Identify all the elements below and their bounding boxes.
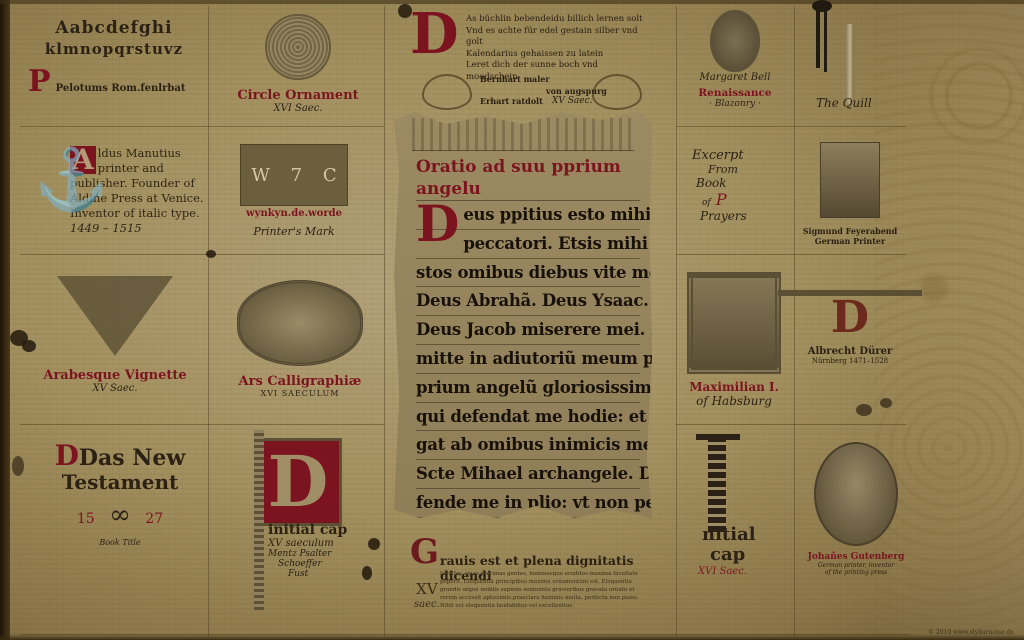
circle-ornament-subtitle: XVI Saec.	[218, 103, 378, 114]
ink-blot	[22, 340, 36, 352]
ornament-8-icon: ∞	[109, 500, 131, 530]
circle-ornament-title: Circle Ornament	[218, 88, 378, 103]
maximilian-line2: of Habsburg	[684, 394, 784, 408]
manuscript-line: Scte Mihael archangele. De	[416, 460, 640, 489]
gridline	[20, 424, 384, 425]
verse-line: As büchlin bebendeidu billich lernen sol…	[466, 14, 650, 26]
credit-century: XV Saec.	[552, 96, 593, 106]
manuscript-line: fende me in plio: vt non perea	[416, 489, 640, 518]
printers-mark-emblem: W 7 C	[240, 144, 348, 206]
alphabet-line-3: P Pelotums Rom.fenlrbat	[28, 68, 200, 96]
excerpt-line: Excerpt	[692, 148, 788, 163]
arabesque-subtitle: XV Saec.	[40, 383, 190, 394]
copyright-notice: © 2010 www.slyburnoise.de	[928, 629, 1014, 636]
red-drop-cap: P	[28, 64, 51, 99]
quill-pen-icon	[846, 24, 854, 104]
mark-letter: 7	[291, 165, 302, 186]
testament-line: Testament	[40, 470, 200, 494]
initial-cap-printer1: Schoeffer	[278, 559, 347, 569]
vignette-ornament-icon	[57, 276, 173, 356]
ink-blot	[856, 404, 872, 416]
year-right: 27	[145, 511, 163, 527]
excerpt-p: P	[716, 190, 727, 209]
gridline	[20, 254, 384, 255]
das-new-line: DDas New	[40, 444, 200, 470]
excerpt-of: of	[702, 198, 711, 208]
maximilian-cell: Maximilian I. of Habsburg	[684, 272, 784, 408]
kalendarius-block: D As büchlin bebendeidu billich lernen s…	[400, 4, 650, 104]
ink-blot	[362, 566, 372, 580]
sigmund-feyerabend-cell: Sigmund Feyerabend German Printer	[800, 142, 900, 246]
aldus-dates: 1449 – 1515	[70, 221, 142, 235]
manuscript-drop-cap: D	[416, 201, 459, 247]
ars-subtitle: XVI SAECULUM	[220, 389, 380, 398]
credit-bernhart: Bernhart maler	[480, 74, 550, 84]
initial-stem	[254, 430, 264, 610]
alphabet-line-2: klmnopqrstuvz	[28, 40, 200, 58]
verse-line: Vnd es achte für edel gestain silber vnd…	[466, 26, 650, 49]
arabesque-vignette-cell: Arabesque Vignette XV Saec.	[40, 276, 190, 394]
gridline	[676, 6, 677, 636]
ink-drip-stem	[816, 8, 820, 68]
gridline	[208, 6, 209, 636]
gravis-century-numeral: XV	[414, 582, 440, 597]
the-quill-cell: The Quill	[796, 0, 886, 126]
excerpt-line: Book	[696, 176, 788, 190]
ornamental-d-capital: D	[254, 438, 342, 526]
das-new-testament-cell: DDas New Testament 15 ∞ 27 Book Title	[40, 444, 200, 547]
ornamental-i-bar	[696, 434, 740, 440]
year-left: 15	[77, 511, 95, 527]
book-title-caption: Book Title	[40, 538, 200, 547]
circle-ornament-cell: Circle Ornament XVI Saec.	[218, 14, 378, 114]
initial-cap-century: XV saeculum	[268, 538, 347, 549]
initial-i-subtitle: XVI Saec.	[698, 566, 747, 577]
credit-erhart: Erhart ratdolt	[480, 96, 543, 106]
gridline	[794, 6, 795, 636]
das-new-text: Das New	[79, 445, 185, 471]
aldus-manutius-cell: ⚓ A ldus Manutius printer and publisher.…	[36, 146, 204, 236]
manuscript-line: mitte in adiutoriũ meum pro	[416, 345, 640, 374]
gravis-century: XV saec.	[414, 582, 440, 612]
manuscript-line: qui defendat me hodie: et pte	[416, 403, 640, 432]
initial-cap-xvi-cell: nitial cap XVI Saec.	[686, 424, 786, 584]
gravis-body: facultas, quae plurimas gentes, hominesq…	[440, 570, 640, 610]
excerpt-line: Prayers	[700, 209, 788, 223]
kalendarius-drop-cap: D	[410, 6, 459, 62]
excerpt-line: of P	[702, 190, 788, 209]
durer-dates: Nürnberg 1471–1528	[800, 357, 900, 365]
manuscript-line: Deus Abrahã. Deus Ysaac.	[416, 287, 640, 316]
coat-of-arms-icon	[710, 10, 760, 72]
circle-ornament-icon	[265, 14, 331, 80]
gutenberg-line2: German printer, inventor	[800, 562, 912, 569]
renaissance-title: Renaissance	[682, 87, 788, 99]
sigmund-role: German Printer	[800, 236, 900, 246]
gutenberg-portrait	[814, 442, 898, 546]
gridline	[676, 254, 906, 255]
margaret-bell-caption: Margaret Bell	[682, 72, 788, 83]
gravis-text-block: G rauis est et plena dignitatis dicendi …	[398, 520, 648, 635]
durer-monogram-icon: D	[800, 296, 900, 340]
alphabet-caption: Pelotums Rom.fenlrbat	[56, 83, 186, 94]
alphabet-sample: Aabcdefghi klmnopqrstuvz P Pelotums Rom.…	[28, 18, 200, 96]
red-initial: D	[55, 439, 79, 472]
gridline	[676, 126, 906, 127]
sigmund-name: Sigmund Feyerabend	[800, 226, 900, 236]
kalendarius-verse: As büchlin bebendeidu billich lernen sol…	[466, 14, 650, 83]
manuscript-line: Deus Jacob miserere mei. Et	[416, 316, 640, 345]
ink-blot	[206, 250, 216, 258]
gridline	[384, 6, 385, 636]
engraving-illustration	[237, 280, 363, 366]
initial-i-line1: nitial	[702, 524, 756, 545]
printers-mark-cell: W 7 C wynkyn.de.worde Printer's Mark	[226, 144, 362, 238]
maximilian-portrait	[687, 272, 781, 374]
gutenberg-cell: Johañes Gutenberg German printer, invent…	[800, 442, 912, 576]
manuscript-line: stos omibus diebus vite mee.	[416, 259, 640, 288]
printers-mark-caption: Printer's Mark	[226, 225, 362, 238]
initial-i-line2: cap	[710, 544, 745, 565]
renaissance-blazonry-cell: Margaret Bell Renaissance · Blazonry ·	[682, 10, 788, 109]
gutenberg-name: Johañes Gutenberg	[800, 552, 912, 562]
ink-blot	[368, 538, 380, 550]
initial-cap-source: Mentz Psalter	[268, 549, 347, 559]
ornamental-d-letter: D	[268, 447, 329, 517]
prayer-manuscript-page: Oratio ad suu pprium angelu D eus ppitiu…	[394, 112, 652, 518]
verse-line: Kalendarius gehaissen zu latein	[466, 49, 650, 61]
printers-mark-banner: wynkyn.de.worde	[226, 208, 362, 219]
alphabet-line-1: Aabcdefghi	[28, 18, 200, 38]
mark-letter: C	[323, 165, 337, 186]
arabesque-title: Arabesque Vignette	[40, 368, 190, 383]
manuscript-line: gat ab omibus inimicis meis	[416, 431, 640, 460]
gridline	[20, 126, 384, 127]
manuscript-title: Oratio ad suu pprium angelu	[416, 156, 640, 201]
ars-title: Ars Calligraphiæ	[220, 374, 380, 389]
excerpt-prayers-cell: Excerpt From Book of P Prayers	[688, 148, 788, 223]
ink-drip-icon	[812, 0, 832, 12]
manuscript-line: prium angelũ gloriosissimũ:	[416, 374, 640, 403]
gravis-saec: saec.	[414, 597, 440, 612]
manuscript-header-ornament	[412, 118, 634, 151]
durer-name: Albrecht Dürer	[800, 346, 900, 357]
mark-letter: W	[251, 165, 270, 186]
initial-cap-printer2: Fust	[288, 569, 347, 579]
excerpt-line: From	[708, 163, 788, 176]
initial-cap-title: initial cap	[268, 522, 347, 538]
quill-title: The Quill	[816, 96, 872, 110]
credit-place: von augspurg	[546, 86, 607, 96]
swirl-ornament-left	[422, 74, 472, 110]
maximilian-name: Maximilian I.	[684, 380, 784, 394]
year-line: 15 ∞ 27	[40, 500, 200, 530]
ink-drip-stem	[824, 8, 827, 72]
gravis-drop-cap: G	[410, 532, 439, 572]
gutenberg-line3: of the printing press	[800, 569, 912, 576]
ornamental-i-capital	[708, 436, 726, 532]
ink-blot	[880, 398, 892, 408]
blazonry-subtitle: · Blazonry ·	[682, 99, 788, 109]
portrait-engraving	[820, 142, 880, 218]
albrecht-durer-cell: D Albrecht Dürer Nürnberg 1471–1528	[800, 296, 900, 365]
anchor-dolphin-icon: ⚓	[34, 150, 109, 210]
ink-blot	[12, 456, 24, 476]
ars-calligraphiae-cell: Ars Calligraphiæ XVI SAECULUM	[220, 280, 380, 398]
left-edge	[0, 0, 10, 640]
